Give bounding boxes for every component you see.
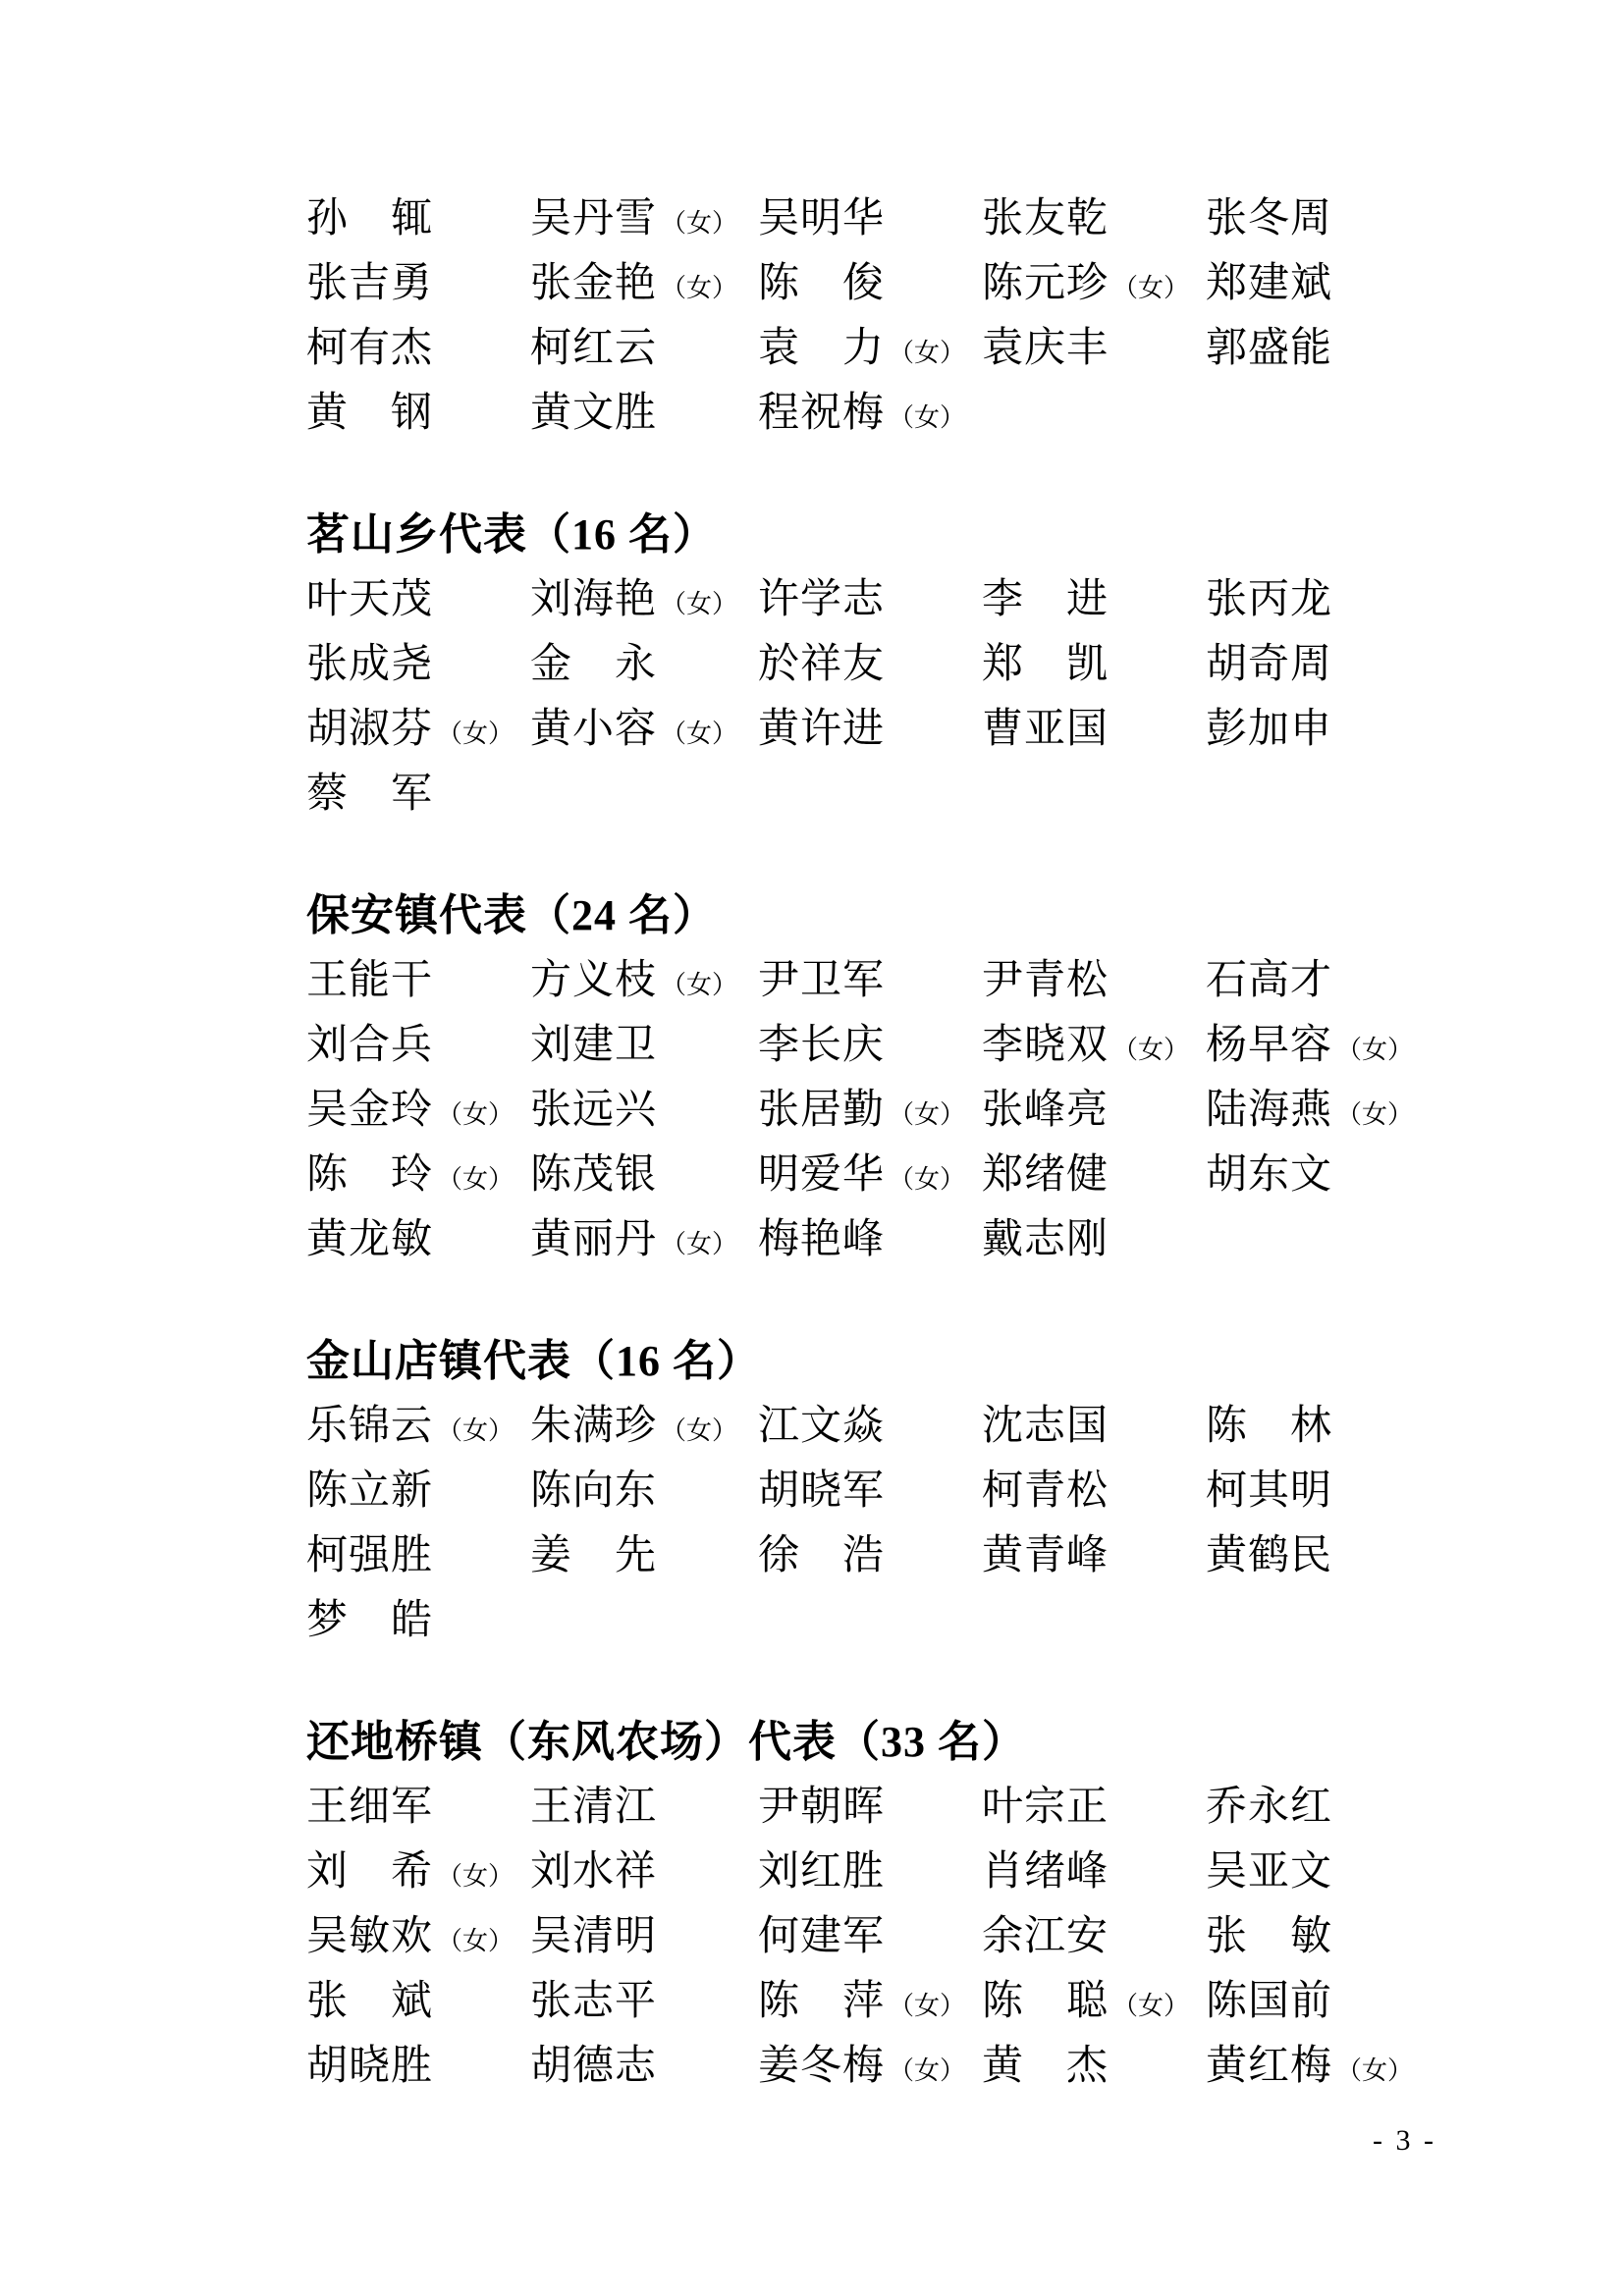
delegate-cell: 张友乾: [982, 187, 1109, 251]
delegate-row: 陈 玲（女）陈茂银明爱华（女）郑绪健胡东文: [306, 1143, 1485, 1207]
delegate-name: 陈元珍: [982, 261, 1109, 306]
delegate-cell: 叶宗正: [982, 1775, 1109, 1840]
delegate-row: 张 斌张志平陈 萍（女）陈 聪（女）陈国前: [306, 1969, 1485, 2034]
delegate-name: 方义枝: [530, 958, 657, 1003]
delegate-cell: 陈元珍（女）: [982, 251, 1189, 316]
delegate-cell: 黄文胜: [530, 381, 657, 446]
delegate-name: 袁 力: [758, 326, 885, 371]
delegate-name: 张友乾: [982, 196, 1109, 241]
delegate-cell: 郑建斌: [1206, 251, 1332, 316]
delegate-name: 柯强胜: [306, 1533, 433, 1578]
delegate-name: 刘水祥: [530, 1849, 657, 1895]
delegate-name: 黄 钢: [306, 391, 433, 436]
delegate-list: 孙 辄吴丹雪（女）吴明华张友乾张冬周张吉勇张金艳（女）陈 俊陈元珍（女）郑建斌柯…: [306, 187, 1485, 2099]
delegate-cell: 叶天茂: [306, 567, 433, 632]
delegate-cell: 黄 杰: [982, 2034, 1109, 2099]
delegate-name: 李 进: [982, 577, 1109, 622]
delegate-name: 郑 凯: [982, 642, 1109, 687]
delegate-cell: 吴丹雪（女）: [530, 187, 737, 251]
female-marker: （女）: [437, 1100, 514, 1129]
delegate-name: 张吉勇: [306, 261, 433, 306]
delegate-name: 黄红梅: [1206, 2044, 1332, 2089]
delegate-cell: 张居勤（女）: [758, 1078, 965, 1143]
section-title: 茗山乡代表（16 名）: [306, 503, 1485, 567]
delegate-name: 胡淑芬: [306, 707, 433, 752]
delegate-name: 柯有杰: [306, 326, 433, 371]
delegate-cell: 柯其明: [1206, 1459, 1332, 1523]
delegate-row: 黄 钢黄文胜程祝梅（女）: [306, 381, 1485, 446]
delegate-row: 乐锦云（女）朱满珍（女）江文焱沈志国陈 林: [306, 1394, 1485, 1459]
delegate-cell: 胡奇周: [1206, 632, 1332, 697]
delegate-name: 李长庆: [758, 1023, 885, 1068]
delegate-cell: 刘红胜: [758, 1840, 885, 1904]
delegate-cell: 刘 希（女）: [306, 1840, 514, 1904]
delegate-row: 吴敏欢（女）吴清明何建军余江安张 敏: [306, 1904, 1485, 1969]
delegate-row: 张吉勇张金艳（女）陈 俊陈元珍（女）郑建斌: [306, 251, 1485, 316]
delegate-name: 朱满珍: [530, 1404, 657, 1449]
delegate-cell: 刘建卫: [530, 1013, 657, 1078]
delegate-name: 姜冬梅: [758, 2044, 885, 2089]
delegate-cell: 金 永: [530, 632, 657, 697]
delegate-cell: 张志平: [530, 1969, 657, 2034]
delegate-cell: 袁 力（女）: [758, 316, 965, 381]
delegate-name: 叶宗正: [982, 1785, 1109, 1830]
delegate-row: 陈立新陈向东胡晓军柯青松柯其明: [306, 1459, 1485, 1523]
delegate-cell: 梦 皓: [306, 1588, 433, 1653]
delegate-cell: 张峰亮: [982, 1078, 1109, 1143]
delegate-name: 乐锦云: [306, 1404, 433, 1449]
section: 还地桥镇（东风农场）代表（33 名）王细军王清江尹朝晖叶宗正乔永红刘 希（女）刘…: [306, 1710, 1485, 2099]
delegate-name: 黄文胜: [530, 391, 657, 436]
delegate-name: 许学志: [758, 577, 885, 622]
delegate-name: 刘 希: [306, 1849, 433, 1895]
female-marker: （女）: [437, 1416, 514, 1445]
delegate-cell: 程祝梅（女）: [758, 381, 965, 446]
delegate-name: 黄丽丹: [530, 1217, 657, 1262]
delegate-cell: 郑 凯: [982, 632, 1109, 697]
delegate-name: 张 斌: [306, 1979, 433, 2024]
delegate-name: 蔡 军: [306, 772, 433, 817]
delegate-name: 张冬周: [1206, 196, 1332, 241]
delegate-name: 黄 杰: [982, 2044, 1109, 2089]
delegate-name: 柯红云: [530, 326, 657, 371]
delegate-name: 张远兴: [530, 1088, 657, 1133]
delegate-name: 梦 皓: [306, 1598, 433, 1643]
delegate-cell: 徐 浩: [758, 1523, 885, 1588]
delegate-cell: 何建军: [758, 1904, 885, 1969]
delegate-name: 金 永: [530, 642, 657, 687]
female-marker: （女）: [889, 1165, 965, 1194]
delegate-cell: 吴清明: [530, 1904, 657, 1969]
delegate-name: 胡东文: [1206, 1152, 1332, 1198]
delegate-name: 戴志刚: [982, 1217, 1109, 1262]
delegate-cell: 王清江: [530, 1775, 657, 1840]
delegate-cell: 尹朝晖: [758, 1775, 885, 1840]
female-marker: （女）: [661, 1416, 737, 1445]
delegate-cell: 黄许进: [758, 697, 885, 762]
delegate-name: 尹卫军: [758, 958, 885, 1003]
delegate-name: 张 敏: [1206, 1914, 1332, 1959]
delegate-cell: 尹青松: [982, 948, 1109, 1013]
delegate-name: 黄鹤民: [1206, 1533, 1332, 1578]
delegate-cell: 黄龙敏: [306, 1207, 433, 1272]
delegate-name: 柯其明: [1206, 1468, 1332, 1514]
delegate-cell: 刘合兵: [306, 1013, 433, 1078]
female-marker: （女）: [889, 339, 965, 367]
female-marker: （女）: [437, 1927, 514, 1955]
delegate-row: 胡淑芬（女）黄小容（女）黄许进曹亚国彭加申: [306, 697, 1485, 762]
delegate-name: 吴亚文: [1206, 1849, 1332, 1895]
female-marker: （女）: [661, 971, 737, 999]
delegate-row: 刘合兵刘建卫李长庆李晓双（女）杨早容（女）: [306, 1013, 1485, 1078]
delegate-name: 黄许进: [758, 707, 885, 752]
delegate-cell: 吴明华: [758, 187, 885, 251]
female-marker: （女）: [1112, 1992, 1189, 2020]
delegate-cell: 陈国前: [1206, 1969, 1332, 2034]
delegate-name: 於祥友: [758, 642, 885, 687]
delegate-row: 蔡 军: [306, 762, 1485, 827]
female-marker: （女）: [661, 209, 737, 238]
delegate-cell: 江文焱: [758, 1394, 885, 1459]
delegate-name: 叶天茂: [306, 577, 433, 622]
delegate-cell: 陈茂银: [530, 1143, 657, 1207]
delegate-name: 孙 辄: [306, 196, 433, 241]
delegate-name: 吴丹雪: [530, 196, 657, 241]
delegate-cell: 张成尧: [306, 632, 433, 697]
delegate-cell: 於祥友: [758, 632, 885, 697]
delegate-name: 吴明华: [758, 196, 885, 241]
delegate-name: 杨早容: [1206, 1023, 1332, 1068]
delegate-cell: 郭盛能: [1206, 316, 1332, 381]
delegate-cell: 明爱华（女）: [758, 1143, 965, 1207]
delegate-name: 姜 先: [530, 1533, 657, 1578]
delegate-name: 李晓双: [982, 1023, 1109, 1068]
delegate-cell: 张吉勇: [306, 251, 433, 316]
delegate-cell: 黄鹤民: [1206, 1523, 1332, 1588]
delegate-cell: 戴志刚: [982, 1207, 1109, 1272]
delegate-cell: 肖绪峰: [982, 1840, 1109, 1904]
delegate-cell: 郑绪健: [982, 1143, 1109, 1207]
delegate-cell: 石高才: [1206, 948, 1332, 1013]
delegate-cell: 吴亚文: [1206, 1840, 1332, 1904]
delegate-name: 刘建卫: [530, 1023, 657, 1068]
delegate-row: 王能干方义枝（女）尹卫军尹青松石高才: [306, 948, 1485, 1013]
delegate-name: 张峰亮: [982, 1088, 1109, 1133]
female-marker: （女）: [437, 1862, 514, 1891]
delegate-cell: 吴金玲（女）: [306, 1078, 514, 1143]
delegate-cell: 陈 俊: [758, 251, 885, 316]
delegate-cell: 黄红梅（女）: [1206, 2034, 1413, 2099]
delegate-name: 余江安: [982, 1914, 1109, 1959]
delegate-name: 张居勤: [758, 1088, 885, 1133]
section: 金山店镇代表（16 名）乐锦云（女）朱满珍（女）江文焱沈志国陈 林陈立新陈向东胡…: [306, 1329, 1485, 1653]
delegate-name: 王细军: [306, 1785, 433, 1830]
delegate-name: 乔永红: [1206, 1785, 1332, 1830]
female-marker: （女）: [661, 1230, 737, 1258]
delegate-name: 袁庆丰: [982, 326, 1109, 371]
delegate-name: 梅艳峰: [758, 1217, 885, 1262]
delegate-name: 陈 林: [1206, 1404, 1332, 1449]
delegate-name: 胡晓胜: [306, 2044, 433, 2089]
delegate-cell: 杨早容（女）: [1206, 1013, 1413, 1078]
delegate-row: 梦 皓: [306, 1588, 1485, 1653]
delegate-cell: 柯青松: [982, 1459, 1109, 1523]
delegate-cell: 胡晓军: [758, 1459, 885, 1523]
delegate-cell: 胡淑芬（女）: [306, 697, 514, 762]
delegate-name: 胡德志: [530, 2044, 657, 2089]
delegate-cell: 黄 钢: [306, 381, 433, 446]
delegate-name: 陈国前: [1206, 1979, 1332, 2024]
delegate-name: 陈 聪: [982, 1979, 1109, 2024]
delegate-cell: 王能干: [306, 948, 433, 1013]
delegate-cell: 吴敏欢（女）: [306, 1904, 514, 1969]
delegate-row: 王细军王清江尹朝晖叶宗正乔永红: [306, 1775, 1485, 1840]
female-marker: （女）: [1112, 274, 1189, 302]
delegate-cell: 朱满珍（女）: [530, 1394, 737, 1459]
delegate-name: 陆海燕: [1206, 1088, 1332, 1133]
delegate-cell: 陈向东: [530, 1459, 657, 1523]
female-marker: （女）: [889, 1100, 965, 1129]
delegate-cell: 柯有杰: [306, 316, 433, 381]
female-marker: （女）: [661, 274, 737, 302]
delegate-name: 徐 浩: [758, 1533, 885, 1578]
delegate-row: 黄龙敏黄丽丹（女）梅艳峰戴志刚: [306, 1207, 1485, 1272]
delegate-name: 陈 玲: [306, 1152, 433, 1198]
delegate-name: 吴清明: [530, 1914, 657, 1959]
delegate-name: 石高才: [1206, 958, 1332, 1003]
female-marker: （女）: [661, 720, 737, 748]
female-marker: （女）: [889, 403, 965, 432]
delegate-cell: 黄青峰: [982, 1523, 1109, 1588]
delegate-name: 刘红胜: [758, 1849, 885, 1895]
delegate-cell: 方义枝（女）: [530, 948, 737, 1013]
delegate-cell: 李 进: [982, 567, 1109, 632]
delegate-name: 曹亚国: [982, 707, 1109, 752]
section-title: 还地桥镇（东风农场）代表（33 名）: [306, 1710, 1485, 1775]
delegate-cell: 张丙龙: [1206, 567, 1332, 632]
female-marker: （女）: [1336, 1036, 1413, 1064]
delegate-name: 刘合兵: [306, 1023, 433, 1068]
section-title: 保安镇代表（24 名）: [306, 883, 1485, 948]
delegate-cell: 蔡 军: [306, 762, 433, 827]
delegate-cell: 刘海艳（女）: [530, 567, 737, 632]
delegate-row: 叶天茂刘海艳（女）许学志李 进张丙龙: [306, 567, 1485, 632]
delegate-cell: 姜 先: [530, 1523, 657, 1588]
delegate-cell: 胡晓胜: [306, 2034, 433, 2099]
delegate-name: 陈向东: [530, 1468, 657, 1514]
delegate-cell: 陈立新: [306, 1459, 433, 1523]
section: 茗山乡代表（16 名）叶天茂刘海艳（女）许学志李 进张丙龙张成尧金 永於祥友郑 …: [306, 503, 1485, 827]
female-marker: （女）: [437, 720, 514, 748]
delegate-cell: 梅艳峰: [758, 1207, 885, 1272]
delegate-name: 陈 俊: [758, 261, 885, 306]
delegate-cell: 黄丽丹（女）: [530, 1207, 737, 1272]
delegate-name: 张丙龙: [1206, 577, 1332, 622]
delegate-name: 陈立新: [306, 1468, 433, 1514]
delegate-name: 陈 萍: [758, 1979, 885, 2024]
delegate-name: 吴金玲: [306, 1088, 433, 1133]
delegate-cell: 张金艳（女）: [530, 251, 737, 316]
delegate-row: 吴金玲（女）张远兴张居勤（女）张峰亮陆海燕（女）: [306, 1078, 1485, 1143]
delegate-name: 张志平: [530, 1979, 657, 2024]
delegate-cell: 柯强胜: [306, 1523, 433, 1588]
female-marker: （女）: [1336, 1100, 1413, 1129]
delegate-name: 胡晓军: [758, 1468, 885, 1514]
delegate-row: 柯有杰柯红云袁 力（女）袁庆丰郭盛能: [306, 316, 1485, 381]
delegate-cell: 陈 玲（女）: [306, 1143, 514, 1207]
female-marker: （女）: [1112, 1036, 1189, 1064]
section: 保安镇代表（24 名）王能干方义枝（女）尹卫军尹青松石高才刘合兵刘建卫李长庆李晓…: [306, 883, 1485, 1272]
delegate-cell: 乔永红: [1206, 1775, 1332, 1840]
delegate-cell: 袁庆丰: [982, 316, 1109, 381]
delegate-cell: 余江安: [982, 1904, 1109, 1969]
delegate-cell: 姜冬梅（女）: [758, 2034, 965, 2099]
delegate-cell: 张 斌: [306, 1969, 433, 2034]
delegate-cell: 张远兴: [530, 1078, 657, 1143]
delegate-name: 郑建斌: [1206, 261, 1332, 306]
delegate-cell: 张冬周: [1206, 187, 1332, 251]
delegate-row: 柯强胜姜 先徐 浩黄青峰黄鹤民: [306, 1523, 1485, 1588]
female-marker: （女）: [1336, 2056, 1413, 2085]
delegate-name: 王能干: [306, 958, 433, 1003]
delegate-name: 黄小容: [530, 707, 657, 752]
female-marker: （女）: [889, 2056, 965, 2085]
delegate-cell: 胡德志: [530, 2034, 657, 2099]
delegate-name: 张成尧: [306, 642, 433, 687]
female-marker: （女）: [889, 1992, 965, 2020]
delegate-cell: 曹亚国: [982, 697, 1109, 762]
delegate-name: 尹朝晖: [758, 1785, 885, 1830]
delegate-name: 沈志国: [982, 1404, 1109, 1449]
delegate-cell: 胡东文: [1206, 1143, 1332, 1207]
delegate-name: 明爱华: [758, 1152, 885, 1198]
delegate-name: 陈茂银: [530, 1152, 657, 1198]
section: 孙 辄吴丹雪（女）吴明华张友乾张冬周张吉勇张金艳（女）陈 俊陈元珍（女）郑建斌柯…: [306, 187, 1485, 446]
delegate-row: 张成尧金 永於祥友郑 凯胡奇周: [306, 632, 1485, 697]
delegate-name: 黄青峰: [982, 1533, 1109, 1578]
delegate-name: 程祝梅: [758, 391, 885, 436]
delegate-cell: 孙 辄: [306, 187, 433, 251]
delegate-name: 刘海艳: [530, 577, 657, 622]
delegate-name: 郭盛能: [1206, 326, 1332, 371]
delegate-cell: 刘水祥: [530, 1840, 657, 1904]
delegate-cell: 柯红云: [530, 316, 657, 381]
delegate-name: 黄龙敏: [306, 1217, 433, 1262]
delegate-cell: 李晓双（女）: [982, 1013, 1189, 1078]
delegate-name: 张金艳: [530, 261, 657, 306]
delegate-cell: 许学志: [758, 567, 885, 632]
delegate-cell: 彭加申: [1206, 697, 1332, 762]
female-marker: （女）: [661, 590, 737, 618]
delegate-name: 柯青松: [982, 1468, 1109, 1514]
delegate-name: 郑绪健: [982, 1152, 1109, 1198]
delegate-cell: 陆海燕（女）: [1206, 1078, 1413, 1143]
delegate-cell: 乐锦云（女）: [306, 1394, 514, 1459]
female-marker: （女）: [437, 1165, 514, 1194]
delegate-name: 何建军: [758, 1914, 885, 1959]
delegate-name: 肖绪峰: [982, 1849, 1109, 1895]
delegate-row: 胡晓胜胡德志姜冬梅（女）黄 杰黄红梅（女）: [306, 2034, 1485, 2099]
delegate-cell: 李长庆: [758, 1013, 885, 1078]
document-page: 孙 辄吴丹雪（女）吴明华张友乾张冬周张吉勇张金艳（女）陈 俊陈元珍（女）郑建斌柯…: [0, 0, 1624, 2296]
delegate-name: 王清江: [530, 1785, 657, 1830]
delegate-cell: 陈 聪（女）: [982, 1969, 1189, 2034]
page-number: - 3 -: [1373, 2124, 1436, 2158]
delegate-name: 吴敏欢: [306, 1914, 433, 1959]
delegate-cell: 黄小容（女）: [530, 697, 737, 762]
delegate-cell: 陈 林: [1206, 1394, 1332, 1459]
delegate-name: 江文焱: [758, 1404, 885, 1449]
delegate-cell: 尹卫军: [758, 948, 885, 1013]
delegate-name: 胡奇周: [1206, 642, 1332, 687]
delegate-name: 尹青松: [982, 958, 1109, 1003]
delegate-cell: 陈 萍（女）: [758, 1969, 965, 2034]
delegate-cell: 张 敏: [1206, 1904, 1332, 1969]
delegate-name: 彭加申: [1206, 707, 1332, 752]
delegate-cell: 沈志国: [982, 1394, 1109, 1459]
delegate-row: 刘 希（女）刘水祥刘红胜肖绪峰吴亚文: [306, 1840, 1485, 1904]
section-title: 金山店镇代表（16 名）: [306, 1329, 1485, 1394]
delegate-cell: 王细军: [306, 1775, 433, 1840]
delegate-row: 孙 辄吴丹雪（女）吴明华张友乾张冬周: [306, 187, 1485, 251]
